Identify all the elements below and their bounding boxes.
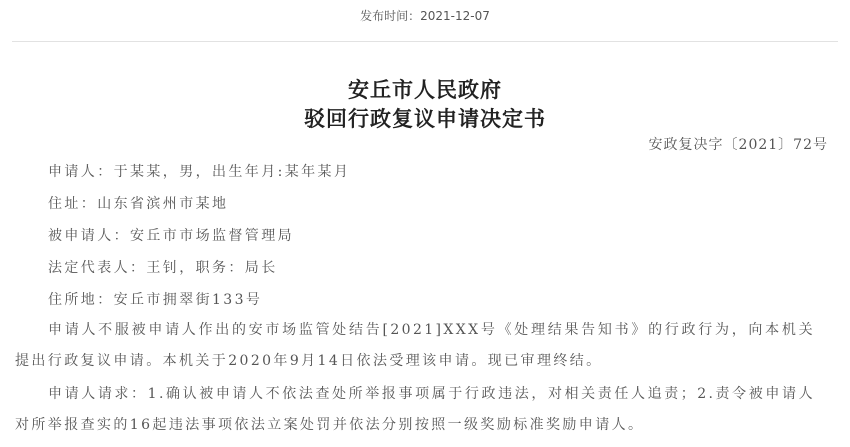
field-applicant: 申请人：于某某，男，出生年月:某年某月 bbox=[48, 162, 350, 182]
field-respondent: 被申请人：安丘市市场监督管理局 bbox=[48, 226, 294, 246]
header-divider bbox=[12, 41, 838, 42]
document-number: 安政复决字〔2021〕72号 bbox=[649, 135, 828, 155]
publish-time-value: 2021-12-07 bbox=[420, 9, 490, 23]
field-legal-representative: 法定代表人：王钊，职务：局长 bbox=[48, 258, 278, 278]
publish-time: 发布时间：2021-12-07 bbox=[0, 8, 850, 24]
document-title-issuer: 安丘市人民政府 bbox=[0, 77, 850, 103]
paragraph-applicant-requests: 申请人请求：1.确认被申请人不依法查处所举报事项属于行政违法，对相关责任人追责；… bbox=[15, 379, 815, 441]
document-title: 驳回行政复议申请决定书 bbox=[0, 106, 850, 132]
paragraph-case-background: 申请人不服被申请人作出的安市场监管处结告[2021]XXX号《处理结果告知书》的… bbox=[15, 315, 815, 377]
field-applicant-address: 住址：山东省滨州市某地 bbox=[48, 194, 228, 214]
publish-time-label: 发布时间： bbox=[360, 9, 420, 23]
field-respondent-address: 住所地：安丘市拥翠街133号 bbox=[48, 290, 262, 310]
